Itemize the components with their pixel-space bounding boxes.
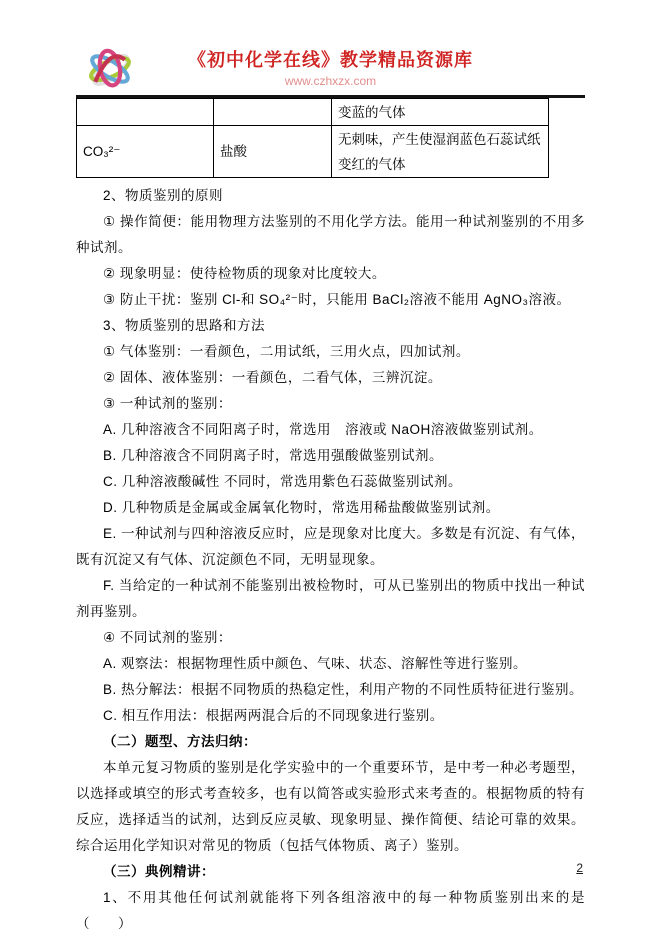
method-item-3: ③ 一种试剂的鉴别： (76, 391, 585, 417)
table-cell-phenomenon: 变蓝的气体 (332, 99, 549, 126)
page-content: 《初中化学在线》教学精品资源库 www.czhxzx.com 变蓝的气体 CO₃… (76, 45, 585, 936)
page-number: 2 (576, 861, 583, 875)
identification-table: 变蓝的气体 CO₃²⁻ 盐酸 无刺味，产生使湿润蓝色石蕊试纸变红的气体 (76, 98, 549, 178)
section-heading-methods: 3、物质鉴别的思路和方法 (76, 313, 585, 339)
document-page: 《初中化学在线》教学精品资源库 www.czhxzx.com 变蓝的气体 CO₃… (0, 0, 661, 936)
principle-item-2: ② 现象明显：使待检物质的现象对比度较大。 (76, 261, 585, 287)
reagent-rule-f: F. 当给定的一种试剂不能鉴别出被检物时，可从已鉴别出的物质中找出一种试剂再鉴别… (76, 573, 585, 625)
reagent-rule-b: B. 几种溶液含不同阴离子时，常选用强酸做鉴别试剂。 (76, 443, 585, 469)
different-reagent-a: A. 观察法：根据物理性质中颜色、气味、状态、溶解性等进行鉴别。 (76, 651, 585, 677)
principle-item-3: ③ 防止干扰：鉴别 Cl-和 SO₄²⁻时，只能用 BaCl₂溶液不能用 AgN… (76, 287, 585, 313)
section-heading-principles: 2、物质鉴别的原则 (76, 183, 585, 209)
reagent-rule-a: A. 几种溶液含不同阳离子时，常选用 溶液或 NaOH溶液做鉴别试剂。 (76, 417, 585, 443)
reagent-rule-c: C. 几种溶液酸碱性 不同时，常选用紫色石蕊做鉴别试剂。 (76, 469, 585, 495)
site-title: 《初中化学在线》教学精品资源库 (76, 49, 585, 71)
different-reagent-b: B. 热分解法：根据不同物质的热稳定性，利用产物的不同性质特征进行鉴别。 (76, 677, 585, 703)
example-question-1: 1、不用其他任何试剂就能将下列各组溶液中的每一种物质鉴别出来的是（ ） (76, 885, 585, 936)
table-cell-reagent: 盐酸 (214, 126, 332, 178)
table-cell-ion: CO₃²⁻ (77, 126, 214, 178)
document-header: 《初中化学在线》教学精品资源库 www.czhxzx.com (76, 45, 585, 98)
table-row: CO₃²⁻ 盐酸 无刺味，产生使湿润蓝色石蕊试纸变红的气体 (77, 126, 549, 178)
site-url: www.czhxzx.com (76, 73, 585, 89)
table-cell-ion (77, 99, 214, 126)
table-cell-phenomenon: 无刺味，产生使湿润蓝色石蕊试纸变红的气体 (332, 126, 549, 178)
document-body: 2、物质鉴别的原则 ① 操作简便：能用物理方法鉴别的不用化学方法。能用一种试剂鉴… (76, 183, 585, 936)
principle-item-1: ① 操作简便：能用物理方法鉴别的不用化学方法。能用一种试剂鉴别的不用多种试剂。 (76, 209, 585, 261)
method-item-1: ① 气体鉴别：一看颜色，二用试纸，三用火点，四加试剂。 (76, 339, 585, 365)
method-item-2: ② 固体、液体鉴别：一看颜色，二看气体，三辨沉淀。 (76, 365, 585, 391)
table-cell-reagent (214, 99, 332, 126)
summary-paragraph: 本单元复习物质的鉴别是化学实验中的一个重要环节，是中考一种必考题型，以选择或填空… (76, 755, 585, 859)
reagent-rule-e: E. 一种试剂与四种溶液反应时，应是现象对比度大。多数是有沉淀、有气体，既有沉淀… (76, 521, 585, 573)
atom-ribbons-logo-icon (82, 45, 138, 93)
header-titles: 《初中化学在线》教学精品资源库 www.czhxzx.com (76, 45, 585, 89)
method-item-4: ④ 不同试剂的鉴别： (76, 625, 585, 651)
table-row: 变蓝的气体 (77, 99, 549, 126)
reagent-rule-d: D. 几种物质是金属或金属氧化物时，常选用稀盐酸做鉴别试剂。 (76, 495, 585, 521)
different-reagent-c: C. 相互作用法：根据两两混合后的不同现象进行鉴别。 (76, 703, 585, 729)
heading-question-types: （二）题型、方法归纳： (76, 729, 585, 755)
heading-examples: （三）典例精讲： (76, 859, 585, 885)
